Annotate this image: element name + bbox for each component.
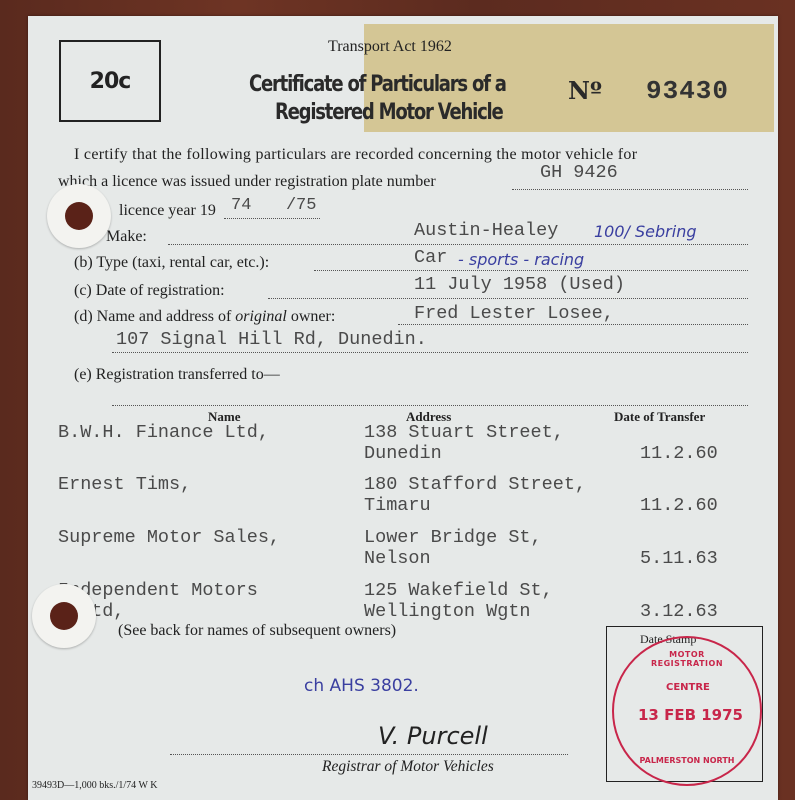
transfer-row-2-address-2: Timaru — [364, 495, 431, 516]
owner-label-post: owner: — [287, 308, 335, 325]
owner-name: Fred Lester Losee, — [414, 303, 614, 324]
licence-year-label: licence year 19 — [119, 202, 216, 220]
act-label: Transport Act 1962 — [328, 38, 452, 56]
make-handwritten: 100/ Sebring — [594, 222, 697, 241]
stamp-top-arc: MOTOR REGISTRATION — [634, 650, 740, 668]
certificate-document: 20c Transport Act 1962 Certificate of Pa… — [28, 16, 778, 800]
licence-year-from: 74 — [231, 196, 251, 215]
column-header-date: Date of Transfer — [614, 409, 705, 425]
date-registration-value: 11 July 1958 (Used) — [414, 274, 625, 295]
make-value: Austin-Healey — [414, 220, 558, 241]
transfer-row-2-address-1: 180 Stafford Street, — [364, 474, 586, 495]
owner-label: (d) Name and address of original owner: — [74, 308, 335, 326]
transfer-row-3-date: 5.11.63 — [640, 548, 718, 569]
licence-year-sep: / — [286, 196, 296, 215]
transfer-row-1-address-2: Dunedin — [364, 443, 442, 464]
owner-label-em: original — [235, 308, 287, 325]
transfer-row-3-address-2: Nelson — [364, 548, 431, 569]
transfer-row-4-address-1: 125 Wakefield St, — [364, 580, 553, 601]
punch-hole-bottom — [32, 584, 96, 648]
transfer-row-2-name: Ernest Tims, — [58, 474, 191, 495]
title-line-1: Certificate of Particulars of a — [249, 72, 506, 97]
owner-label-pre: (d) Name and address of — [74, 308, 235, 325]
date-line — [268, 298, 748, 299]
see-back-note: (See back for names of subsequent owners… — [118, 622, 396, 640]
print-code: 39493D—1,000 bks./1/74 W K — [32, 780, 157, 791]
transfer-row-1-address-1: 138 Stuart Street, — [364, 422, 564, 443]
transfer-row-1-name: B.W.H. Finance Ltd, — [58, 422, 269, 443]
type-value: Car — [414, 247, 447, 268]
plate-line — [512, 189, 748, 190]
transfer-row-3-name: Supreme Motor Sales, — [58, 527, 280, 548]
registrar-title: Registrar of Motor Vehicles — [322, 758, 494, 776]
transfer-row-3-address-1: Lower Bridge St, — [364, 527, 542, 548]
make-label: Make: — [106, 228, 147, 246]
stamp-date: 13 FEB 1975 — [638, 706, 743, 724]
certify-line-2: which a licence was issued under registr… — [58, 173, 436, 191]
type-label: (b) Type (taxi, rental car, etc.): — [74, 254, 269, 272]
transfer-line — [112, 405, 748, 406]
transfer-label: (e) Registration transferred to— — [74, 366, 280, 384]
make-line — [168, 244, 748, 245]
transfer-row-4-address-2: Wellington Wgtn — [364, 601, 531, 622]
owner-address: 107 Signal Hill Rd, Dunedin. — [116, 329, 427, 350]
punch-hole-top — [47, 184, 111, 248]
plate-number: GH 9426 — [540, 162, 618, 183]
transfer-row-4-date: 3.12.63 — [640, 601, 718, 622]
registrar-signature: V. Purcell — [378, 722, 488, 750]
owner-address-line — [112, 352, 748, 353]
title-line-2: Registered Motor Vehicle — [275, 100, 503, 125]
transfer-row-2-date: 11.2.60 — [640, 495, 718, 516]
type-handwritten: - sports - racing — [458, 250, 584, 269]
signature-line — [170, 754, 568, 755]
stamp-bottom-arc: PALMERSTON NORTH — [634, 756, 740, 765]
stamp-centre: CENTRE — [666, 682, 710, 693]
serial-number: 93430 — [646, 76, 729, 106]
licence-year-to: 75 — [296, 196, 316, 215]
owner-line — [398, 324, 748, 325]
type-line — [314, 270, 748, 271]
licence-year-line — [224, 218, 320, 219]
handwritten-chassis-note: ch AHS 3802. — [304, 676, 419, 696]
date-registration-label: (c) Date of registration: — [74, 282, 225, 300]
transfer-row-1-date: 11.2.60 — [640, 443, 718, 464]
number-label: Nº — [568, 76, 602, 105]
fee-amount: 20c — [90, 69, 131, 94]
fee-box: 20c — [59, 40, 161, 122]
